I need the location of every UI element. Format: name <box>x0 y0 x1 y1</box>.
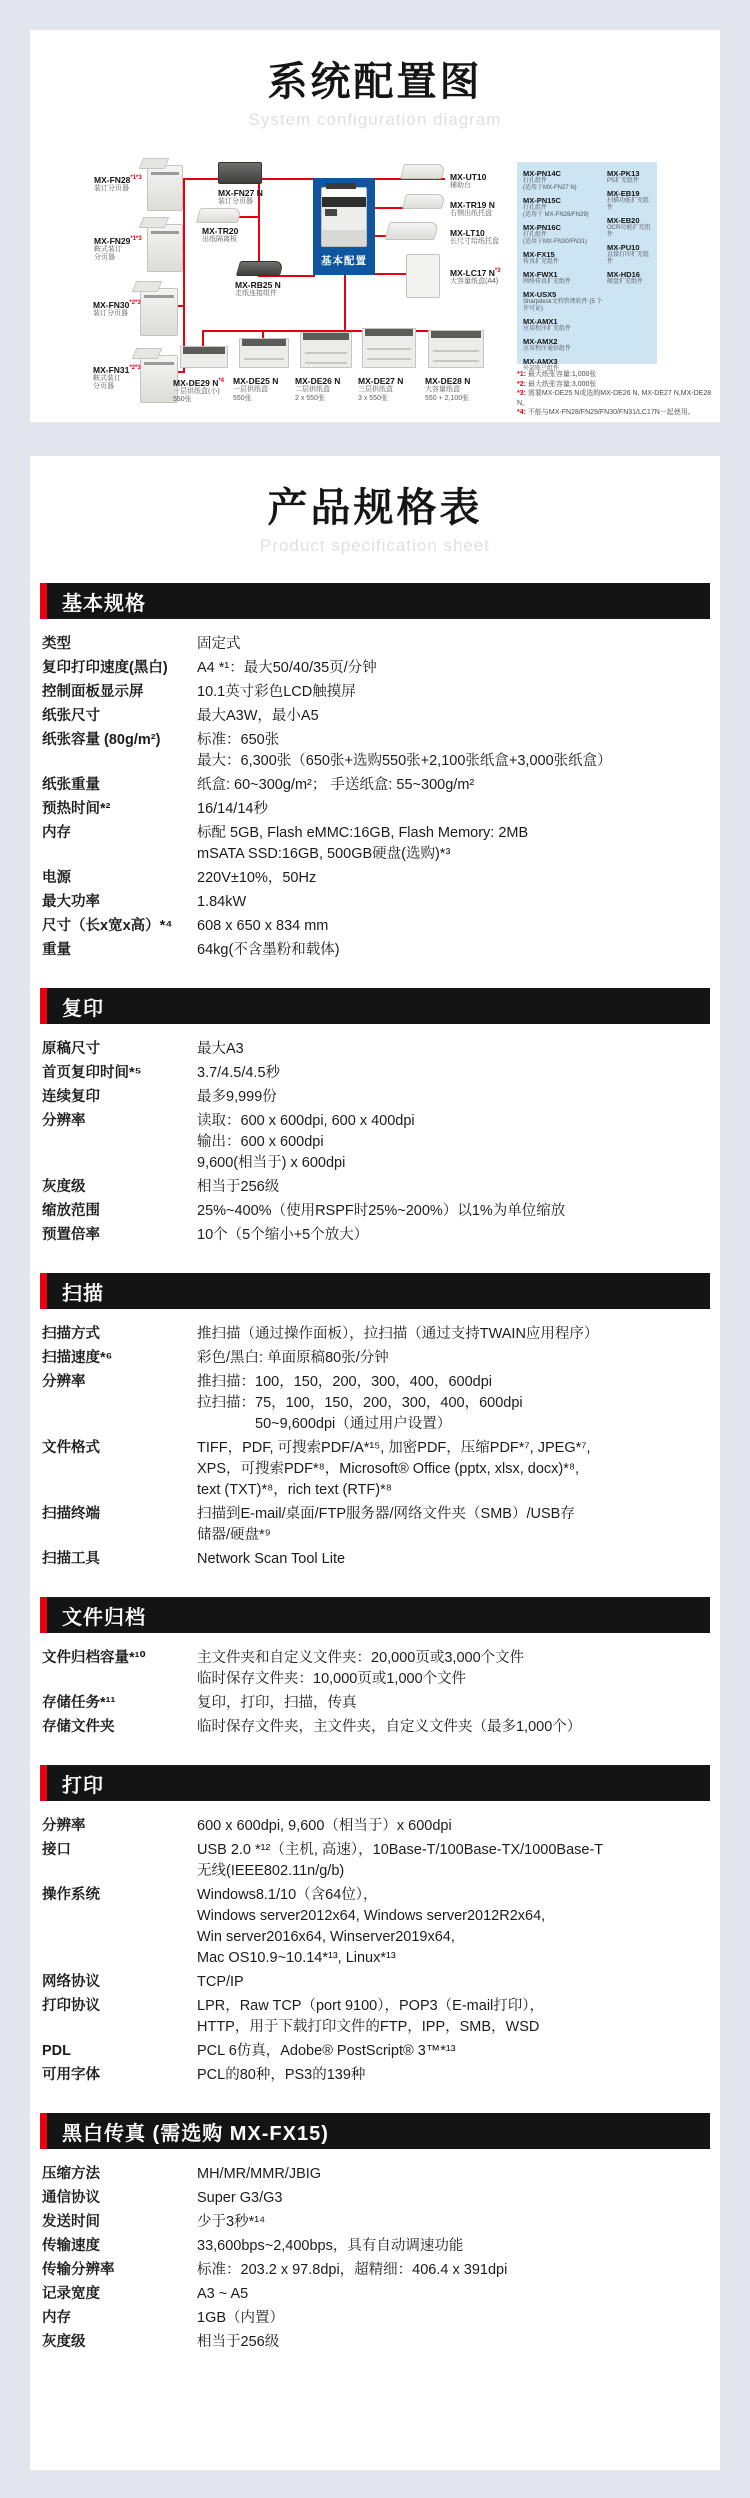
spec-value-line: 最大：6,300张（650张+选购550张+2,100张纸盒+3,000张纸盒） <box>197 751 708 772</box>
spec-value-line: USB 2.0 *¹²（主机, 高速），10Base-T/100Base-TX/… <box>197 1840 708 1861</box>
spec-row: 传输分辨率标准：203.2 x 97.8dpi，超精细：406.4 x 391d… <box>42 2260 708 2281</box>
spec-label: 首页复印时间*⁵ <box>42 1063 197 1084</box>
device-model: MX-TR20 <box>202 226 280 236</box>
footnote-text: 最大纸张容量:1,000张 <box>528 371 596 378</box>
option-model: MX-PU10 <box>607 243 651 252</box>
device-node-tr20: MX-TR20出纸隔离板 <box>202 226 280 245</box>
spec-row: 存储文件夹临时保存文件夹，主文件夹，自定义文件夹（最多1,000个） <box>42 1717 708 1738</box>
spec-row: 文件归档容量*¹⁰主文件夹和自定义文件夹：20,000页或3,000个文件临时保… <box>42 1648 708 1690</box>
spec-value-line: Windows8.1/10（含64位）， <box>197 1885 708 1906</box>
spec-label: 预热时间*² <box>42 799 197 820</box>
spec-value-line: 读取：600 x 600dpi, 600 x 400dpi <box>197 1111 708 1132</box>
spec-value-line: 无线(IEEE802.11n/g/b) <box>197 1861 708 1882</box>
spec-value-line: PCL 6仿真，Adobe® PostScript® 3™*¹³ <box>197 2041 708 2062</box>
connector-line <box>238 216 260 218</box>
device-description: 出纸隔离板 <box>202 236 280 245</box>
option-item: MX-AMX1应用程序扩充组件 <box>523 317 607 333</box>
device-footnote-marker: *1*3 <box>130 175 141 181</box>
device-node-fn29: MX-FN29*1*3鞍式装订分页器 <box>94 234 172 263</box>
spec-value-line: Win server2016x64, Winserver2019x64, <box>197 1927 708 1948</box>
option-model: MX-AMX3 <box>523 357 607 366</box>
spec-label: 记录宽度 <box>42 2284 197 2305</box>
spec-value-line: A4 *¹：最大50/40/35页/分钟 <box>197 658 708 679</box>
device-footnote-marker: *4 <box>218 378 224 384</box>
spec-row: 灰度级相当于256级 <box>42 2332 708 2353</box>
spec-value-line: 标配 5GB, Flash eMMC:16GB, Flash Memory: 2… <box>197 823 708 844</box>
device-description: 分页器 <box>93 383 171 392</box>
spec-row: 压缩方法MH/MR/MMR/JBIG <box>42 2164 708 2185</box>
section-header-5: 黑白传真 (需选购 MX-FX15) <box>40 2113 710 2149</box>
section-rows: 原稿尺寸最大A3首页复印时间*⁵3.7/4.5/4.5秒连续复印最多9,999份… <box>42 1039 708 1246</box>
spec-row: 可用字体PCL的80种，PS3的139种 <box>42 2065 708 2086</box>
spec-value: 600 x 600dpi, 9,600（相当于）x 600dpi <box>197 1816 708 1837</box>
device-footnote-marker: *1*3 <box>130 236 141 242</box>
spec-value-line: 标准：203.2 x 97.8dpi，超精细：406.4 x 391dpi <box>197 2260 708 2281</box>
device-image-tr20 <box>196 208 242 223</box>
spec-row: 文件格式TIFF，PDF, 可搜索PDF/A*¹⁵, 加密PDF，压缩PDF*⁷… <box>42 1438 708 1501</box>
spec-value: 推扫描（通过操作面板），拉扫描（通过支持TWAIN应用程序） <box>197 1324 708 1345</box>
spec-row: 操作系统Windows8.1/10（含64位），Windows server20… <box>42 1885 708 1969</box>
spec-label: 压缩方法 <box>42 2164 197 2185</box>
spec-value-line: 输出：600 x 600dpi <box>197 1132 708 1153</box>
option-model: MX-HD16 <box>607 270 651 279</box>
spec-label: 尺寸（长x宽x高）*⁴ <box>42 916 197 937</box>
spec-value: Network Scan Tool Lite <box>197 1549 708 1570</box>
spec-value: 3.7/4.5/4.5秒 <box>197 1063 708 1084</box>
spec-row: 预热时间*²16/14/14秒 <box>42 799 708 820</box>
spec-label: 纸张重量 <box>42 775 197 796</box>
spec-label: 内存 <box>42 2308 197 2329</box>
option-model: MX-USX5 <box>523 290 607 299</box>
option-description: 打孔组件 <box>523 232 607 239</box>
spec-value: USB 2.0 *¹²（主机, 高速），10Base-T/100Base-TX/… <box>197 1840 708 1882</box>
spec-label: 接口 <box>42 1840 197 1882</box>
device-node-fn30: MX-FN30*2*3装订分页器 <box>93 298 171 318</box>
device-description: 分页器 <box>94 254 172 263</box>
spec-label: 传输分辨率 <box>42 2260 197 2281</box>
spec-value: 标准：650张最大：6,300张（650张+选购550张+2,100张纸盒+3,… <box>197 730 708 772</box>
spec-value: 彩色/黑白: 单面原稿80张/分钟 <box>197 1348 708 1369</box>
spec-row: PDLPCL 6仿真，Adobe® PostScript® 3™*¹³ <box>42 2041 708 2062</box>
diagram-footnote: *2: 最大纸张容量:3,000张 <box>517 380 717 390</box>
spec-value: 10.1英寸彩色LCD触摸屏 <box>197 682 708 703</box>
spec-value-line: 最大A3 <box>197 1039 708 1060</box>
spec-row: 控制面板显示屏10.1英寸彩色LCD触摸屏 <box>42 682 708 703</box>
spec-value: 临时保存文件夹，主文件夹，自定义文件夹（最多1,000个） <box>197 1717 708 1738</box>
spec-value: 纸盒: 60~300g/m²； 手送纸盒: 55~300g/m² <box>197 775 708 796</box>
device-image-lc17 <box>406 254 440 298</box>
spec-row: 打印协议LPR，Raw TCP（port 9100），POP3（E-mail打印… <box>42 1996 708 2038</box>
option-description: PS扩充组件 <box>607 178 651 185</box>
spec-value: MH/MR/MMR/JBIG <box>197 2164 708 2185</box>
device-description: 装订分页器 <box>94 185 172 194</box>
device-image-de27 <box>362 328 416 368</box>
option-item: MX-USX5Sharpdesk文档管理软件 (5 个许可证) <box>523 290 607 313</box>
spec-value-line: 扫描到E-mail/桌面/FTP服务器/网络文件夹（SMB）/USB存 <box>197 1504 708 1525</box>
device-image-de28 <box>428 330 484 368</box>
option-description: 打孔组件 <box>523 205 607 212</box>
spec-row: 纸张尺寸最大A3W，最小A5 <box>42 706 708 727</box>
spec-row: 纸张重量纸盒: 60~300g/m²； 手送纸盒: 55~300g/m² <box>42 775 708 796</box>
section-title: 文件归档 <box>62 1601 146 1630</box>
spec-row: 传输速度33,600bps~2,400bps，具有自动调速功能 <box>42 2236 708 2257</box>
spec-value: 最大A3W，最小A5 <box>197 706 708 727</box>
spec-row: 扫描速度*⁶彩色/黑白: 单面原稿80张/分钟 <box>42 1348 708 1369</box>
spec-value-line: 临时保存文件夹，主文件夹，自定义文件夹（最多1,000个） <box>197 1717 708 1738</box>
device-description: 装订分页器 <box>93 310 171 319</box>
section-title: 扫描 <box>62 1277 104 1306</box>
footnote-text: 最大纸张容量:3,000张 <box>528 381 596 388</box>
section-title: 打印 <box>62 1769 104 1798</box>
spec-value-line: 1GB（内置） <box>197 2308 708 2329</box>
footnote-text: 需要MX-DE25 N或选购MX-DE26 N, MX-DE27 N,MX-DE… <box>517 390 711 407</box>
spec-value: A3 ~ A5 <box>197 2284 708 2305</box>
spec-value-line: 最多9,999份 <box>197 1087 708 1108</box>
option-model: MX-EB19 <box>607 189 651 198</box>
option-model: MX-AMX1 <box>523 317 607 326</box>
device-model: MX-RB25 N <box>235 280 313 290</box>
spec-value-line: text (TXT)*⁸，rich text (RTF)*⁸ <box>197 1480 708 1501</box>
spec-value: Windows8.1/10（含64位），Windows server2012x6… <box>197 1885 708 1969</box>
spec-row: 接口USB 2.0 *¹²（主机, 高速），10Base-T/100Base-T… <box>42 1840 708 1882</box>
section-title: 黑白传真 (需选购 MX-FX15) <box>62 2117 329 2146</box>
option-model: MX-PN14C <box>523 169 607 178</box>
spec-value: 主文件夹和自定义文件夹：20,000页或3,000个文件临时保存文件夹：10,0… <box>197 1648 708 1690</box>
spec-label: 电源 <box>42 868 197 889</box>
options-panel: MX-PN14C打孔组件(适用于MX-FN27 N)MX-PN15C打孔组件(适… <box>517 162 657 364</box>
spec-row: 连续复印最多9,999份 <box>42 1087 708 1108</box>
device-node-fn31: MX-FN31*2*3鞍式装订分页器 <box>93 363 171 392</box>
spec-row: 重量64kg(不含墨粉和载体) <box>42 940 708 961</box>
spec-value-line: PCL的80种，PS3的139种 <box>197 2065 708 2086</box>
option-item: MX-FX15传真扩充组件 <box>523 250 607 266</box>
option-description: 硬盘扩充组件 <box>607 279 651 286</box>
section-header-1: 复印 <box>40 988 710 1024</box>
device-description: 装订分页器 <box>218 198 296 207</box>
spec-value: LPR，Raw TCP（port 9100），POP3（E-mail打印），HT… <box>197 1996 708 2038</box>
spec-value: Super G3/G3 <box>197 2188 708 2209</box>
spec-value: 25%~400%（使用RSPF时25%~200%）以1%为单位缩放 <box>197 1201 708 1222</box>
spec-value: 相当于256级 <box>197 1177 708 1198</box>
spec-value-line: 608 x 650 x 834 mm <box>197 916 708 937</box>
spec-label: 控制面板显示屏 <box>42 682 197 703</box>
spec-value: 固定式 <box>197 634 708 655</box>
spec-row: 最大功率1.84kW <box>42 892 708 913</box>
footnote-marker: *2: <box>517 381 528 388</box>
spec-value-line: 少于3秒*¹⁴ <box>197 2212 708 2233</box>
spec-value: 608 x 650 x 834 mm <box>197 916 708 937</box>
spec-row: 预置倍率10个（5个缩小+5个放大） <box>42 1225 708 1246</box>
spec-value: 推扫描：100，150，200，300，400，600dpi拉扫描：75，100… <box>197 1372 708 1435</box>
spec-row: 缩放范围25%~400%（使用RSPF时25%~200%）以1%为单位缩放 <box>42 1201 708 1222</box>
spec-row: 内存标配 5GB, Flash eMMC:16GB, Flash Memory:… <box>42 823 708 865</box>
spec-value-line: 相当于256级 <box>197 1177 708 1198</box>
connector-line <box>183 178 185 373</box>
spec-row: 类型固定式 <box>42 634 708 655</box>
spec-value-line: HTTP，用于下载打印文件的FTP，IPP，SMB，WSD <box>197 2017 708 2038</box>
spec-label: 重量 <box>42 940 197 961</box>
spec-value: 64kg(不含墨粉和载体) <box>197 940 708 961</box>
spec-row: 扫描工具Network Scan Tool Lite <box>42 1549 708 1570</box>
option-model: MX-FX15 <box>523 250 607 259</box>
spec-label: 最大功率 <box>42 892 197 913</box>
spec-label: 扫描速度*⁶ <box>42 1348 197 1369</box>
option-item: MX-AMX2应用程序通信组件 <box>523 337 607 353</box>
spec-value: 1.84kW <box>197 892 708 913</box>
spec-value-line: 最大A3W，最小A5 <box>197 706 708 727</box>
spec-label: 灰度级 <box>42 1177 197 1198</box>
section-header-2: 扫描 <box>40 1273 710 1309</box>
option-model: MX-PN16C <box>523 223 607 232</box>
option-description: (适用于MX-FN27 N) <box>523 185 607 192</box>
spec-row: 电源220V±10%，50Hz <box>42 868 708 889</box>
spec-value-line: 推扫描：100，150，200，300，400，600dpi <box>197 1372 708 1393</box>
spec-value-line: 50~9,600dpi（通过用户设置） <box>197 1414 708 1435</box>
spec-value-line: 3.7/4.5/4.5秒 <box>197 1063 708 1084</box>
spec-row: 首页复印时间*⁵3.7/4.5/4.5秒 <box>42 1063 708 1084</box>
device-model: MX-FN29*1*3 <box>94 234 172 246</box>
option-model: MX-FWX1 <box>523 270 607 279</box>
option-item: MX-PU10直接打印扩充组件 <box>607 243 651 266</box>
spec-value-line: 临时保存文件夹：10,000页或1,000个文件 <box>197 1669 708 1690</box>
spec-label: 可用字体 <box>42 2065 197 2086</box>
spec-label: 预置倍率 <box>42 1225 197 1246</box>
option-description: 应用程序通信组件 <box>523 346 607 353</box>
spec-label: 纸张尺寸 <box>42 706 197 727</box>
spec-value-line: 600 x 600dpi, 9,600（相当于）x 600dpi <box>197 1816 708 1837</box>
device-image-tr19 <box>402 194 446 209</box>
diagram-footnotes: *1: 最大纸张容量:1,000张*2: 最大纸张容量:3,000张*3: 需要… <box>517 370 717 418</box>
section-title: 复印 <box>62 992 104 1021</box>
spec-value: 220V±10%，50Hz <box>197 868 708 889</box>
device-description: 走纸连接组件 <box>235 290 313 299</box>
spec-value: 最多9,999份 <box>197 1087 708 1108</box>
option-description: Sharpdesk文档管理软件 (5 个许可证) <box>523 299 607 313</box>
spec-value-line: 10.1英寸彩色LCD触摸屏 <box>197 682 708 703</box>
footnote-text: 不能与MX-FN28/FN29/FN30/FN31/LC17N一起使用。 <box>528 409 695 416</box>
spec-value-line: 复印，打印，扫描，传真 <box>197 1693 708 1714</box>
device-image-lt10 <box>384 222 439 240</box>
diagram-footnote: *3: 需要MX-DE25 N或选购MX-DE26 N, MX-DE27 N,M… <box>517 389 717 408</box>
spec-row: 分辨率推扫描：100，150，200，300，400，600dpi拉扫描：75，… <box>42 1372 708 1435</box>
option-item: MX-PK13PS扩充组件 <box>607 169 651 185</box>
spec-row: 扫描终端扫描到E-mail/桌面/FTP服务器/网络文件夹（SMB）/USB存储… <box>42 1504 708 1546</box>
spec-row: 灰度级相当于256级 <box>42 1177 708 1198</box>
spec-title: 产品规格表 <box>30 456 720 533</box>
option-model: MX-EB20 <box>607 216 651 225</box>
footnote-marker: *1: <box>517 371 528 378</box>
spec-value: 16/14/14秒 <box>197 799 708 820</box>
config-subtitle-en: System configuration diagram <box>30 110 720 130</box>
spec-value: 读取：600 x 600dpi, 600 x 400dpi输出：600 x 60… <box>197 1111 708 1174</box>
spec-value: A4 *¹：最大50/40/35页/分钟 <box>197 658 708 679</box>
spec-row: 通信协议Super G3/G3 <box>42 2188 708 2209</box>
diagram-footnote: *1: 最大纸张容量:1,000张 <box>517 370 717 380</box>
page: 系统配置图 System configuration diagram 基本配置M… <box>0 0 750 2498</box>
spec-label: 扫描方式 <box>42 1324 197 1345</box>
section-rows: 类型固定式复印打印速度(黑白)A4 *¹：最大50/40/35页/分钟控制面板显… <box>42 634 708 961</box>
spec-label: 缩放范围 <box>42 1201 197 1222</box>
spec-value-line: Super G3/G3 <box>197 2188 708 2209</box>
spec-value: 33,600bps~2,400bps，具有自动调速功能 <box>197 2236 708 2257</box>
spec-value-line: 纸盒: 60~300g/m²； 手送纸盒: 55~300g/m² <box>197 775 708 796</box>
option-description: OCR功能扩充组件 <box>607 225 651 239</box>
section-rows: 文件归档容量*¹⁰主文件夹和自定义文件夹：20,000页或3,000个文件临时保… <box>42 1648 708 1738</box>
device-model: MX-FN28*1*3 <box>94 173 172 185</box>
spec-value-line: 彩色/黑白: 单面原稿80张/分钟 <box>197 1348 708 1369</box>
spec-sections: 基本规格类型固定式复印打印速度(黑白)A4 *¹：最大50/40/35页/分钟控… <box>30 583 720 2353</box>
diagram-footnote: *4: 不能与MX-FN28/FN29/FN30/FN31/LC17N一起使用。 <box>517 408 717 418</box>
section-header-3: 文件归档 <box>40 1597 710 1633</box>
spec-label: 分辨率 <box>42 1372 197 1435</box>
base-configuration-box: 基本配置 <box>313 178 375 275</box>
connector-line <box>202 330 204 346</box>
spec-row: 纸张容量 (80g/m²)标准：650张最大：6,300张（650张+选购550… <box>42 730 708 772</box>
spec-label: 连续复印 <box>42 1087 197 1108</box>
spec-value-line: MH/MR/MMR/JBIG <box>197 2164 708 2185</box>
spec-value-line: 25%~400%（使用RSPF时25%~200%）以1%为单位缩放 <box>197 1201 708 1222</box>
spec-row: 发送时间少于3秒*¹⁴ <box>42 2212 708 2233</box>
spec-label: 存储任务*¹¹ <box>42 1693 197 1714</box>
spec-value-line: 储器/硬盘*⁹ <box>197 1525 708 1546</box>
spec-row: 网络协议TCP/IP <box>42 1972 708 1993</box>
device-node-rb25: MX-RB25 N走纸连接组件 <box>235 280 313 299</box>
spec-label: 文件格式 <box>42 1438 197 1501</box>
footnote-marker: *4: <box>517 409 528 416</box>
spec-value-line: XPS，可搜索PDF*⁸，Microsoft® Office (pptx, xl… <box>197 1459 708 1480</box>
spec-value-line: 固定式 <box>197 634 708 655</box>
device-footnote-marker: *2*3 <box>129 300 140 306</box>
spec-value: 少于3秒*¹⁴ <box>197 2212 708 2233</box>
spec-value-line: A3 ~ A5 <box>197 2284 708 2305</box>
spec-row: 扫描方式推扫描（通过操作面板），拉扫描（通过支持TWAIN应用程序） <box>42 1324 708 1345</box>
printer-illustration <box>321 187 367 247</box>
device-image-ut10 <box>400 164 446 179</box>
section-rows: 扫描方式推扫描（通过操作面板），拉扫描（通过支持TWAIN应用程序）扫描速度*⁶… <box>42 1324 708 1570</box>
device-model: MX-FN31*2*3 <box>93 363 171 375</box>
device-footnote-marker: *3 <box>495 268 501 274</box>
spec-value: 标准：203.2 x 97.8dpi，超精细：406.4 x 391dpi <box>197 2260 708 2281</box>
spec-value-line: mSATA SSD:16GB, 500GB硬盘(选购)*³ <box>197 844 708 865</box>
device-model: MX-DE28 N <box>425 376 503 386</box>
device-model: MX-FN27 N <box>218 188 296 198</box>
device-image-de26 <box>300 332 352 368</box>
spec-label: 网络协议 <box>42 1972 197 1993</box>
spec-value-line: TCP/IP <box>197 1972 708 1993</box>
option-description: 直接打印扩充组件 <box>607 252 651 266</box>
spec-value-line: 标准：650张 <box>197 730 708 751</box>
device-model: MX-FN30*2*3 <box>93 298 171 310</box>
option-model: MX-PK13 <box>607 169 651 178</box>
spec-value: PCL 6仿真，Adobe® PostScript® 3™*¹³ <box>197 2041 708 2062</box>
spec-label: 操作系统 <box>42 1885 197 1969</box>
device-image-de25 <box>239 338 289 368</box>
system-configuration-diagram: 基本配置MX-FN28*1*3装订分页器MX-FN27 N装订分页器MX-TR2… <box>30 148 720 422</box>
option-description: (适用于MX-FN30/FN31) <box>523 239 607 246</box>
option-description: 打孔组件 <box>523 178 607 185</box>
option-item: MX-PN16C打孔组件(适用于MX-FN30/FN31) <box>523 223 607 246</box>
spec-value-line: 64kg(不含墨粉和载体) <box>197 940 708 961</box>
spec-row: 分辨率600 x 600dpi, 9,600（相当于）x 600dpi <box>42 1816 708 1837</box>
system-config-card: 系统配置图 System configuration diagram 基本配置M… <box>30 30 720 422</box>
device-image-rb25 <box>236 261 284 276</box>
spec-subtitle-en: Product specification sheet <box>30 536 720 556</box>
spec-value: 相当于256级 <box>197 2332 708 2353</box>
base-configuration-label: 基本配置 <box>313 253 375 268</box>
section-title: 基本规格 <box>62 587 146 616</box>
section-rows: 压缩方法MH/MR/MMR/JBIG通信协议Super G3/G3发送时间少于3… <box>42 2164 708 2353</box>
spec-label: 灰度级 <box>42 2332 197 2353</box>
spec-value: 1GB（内置） <box>197 2308 708 2329</box>
spec-value-line: LPR，Raw TCP（port 9100），POP3（E-mail打印）， <box>197 1996 708 2017</box>
device-node-fn28: MX-FN28*1*3装订分页器 <box>94 173 172 193</box>
option-item: MX-FWX1网络传真扩充组件 <box>523 270 607 286</box>
device-description: 550 + 2,100张 <box>425 395 503 404</box>
spec-value: TCP/IP <box>197 1972 708 1993</box>
option-item: MX-HD16硬盘扩充组件 <box>607 270 651 286</box>
spec-row: 内存1GB（内置） <box>42 2308 708 2329</box>
device-footnote-marker: *2*3 <box>129 365 140 371</box>
spec-row: 分辨率读取：600 x 600dpi, 600 x 400dpi输出：600 x… <box>42 1111 708 1174</box>
spec-label: 文件归档容量*¹⁰ <box>42 1648 197 1690</box>
spec-value-line: 9,600(相当于) x 600dpi <box>197 1153 708 1174</box>
spec-value-line: 推扫描（通过操作面板），拉扫描（通过支持TWAIN应用程序） <box>197 1324 708 1345</box>
spec-label: 打印协议 <box>42 1996 197 2038</box>
config-title: 系统配置图 <box>30 30 720 107</box>
spec-value-line: 16/14/14秒 <box>197 799 708 820</box>
connector-line <box>344 275 346 332</box>
device-description: 大容量纸盒 <box>425 386 503 395</box>
spec-value-line: 拉扫描：75，100，150，200，300，400，600dpi <box>197 1393 708 1414</box>
spec-value-line: 220V±10%，50Hz <box>197 868 708 889</box>
option-description: (适用于 MX-FN28/FN29) <box>523 212 607 219</box>
spec-value-line: Mac OS10.9~10.14*¹³, Linux*¹³ <box>197 1948 708 1969</box>
spec-row: 原稿尺寸最大A3 <box>42 1039 708 1060</box>
spec-value-line: 10个（5个缩小+5个放大） <box>197 1225 708 1246</box>
device-node-de28: MX-DE28 N大容量纸盒550 + 2,100张 <box>425 376 503 403</box>
spec-row: 存储任务*¹¹复印，打印，扫描，传真 <box>42 1693 708 1714</box>
spec-label: 分辨率 <box>42 1111 197 1174</box>
section-header-0: 基本规格 <box>40 583 710 619</box>
spec-label: 复印打印速度(黑白) <box>42 658 197 679</box>
spec-row: 复印打印速度(黑白)A4 *¹：最大50/40/35页/分钟 <box>42 658 708 679</box>
option-model: MX-PN15C <box>523 196 607 205</box>
spec-label: 纸张容量 (80g/m²) <box>42 730 197 772</box>
options-column-left: MX-PN14C打孔组件(适用于MX-FN27 N)MX-PN15C打孔组件(适… <box>523 169 607 357</box>
spec-value-line: 主文件夹和自定义文件夹：20,000页或3,000个文件 <box>197 1648 708 1669</box>
spec-value-line: Network Scan Tool Lite <box>197 1549 708 1570</box>
product-spec-card: 产品规格表 Product specification sheet 基本规格类型… <box>30 456 720 2470</box>
spec-label: 类型 <box>42 634 197 655</box>
spec-value: 最大A3 <box>197 1039 708 1060</box>
spec-value-line: 1.84kW <box>197 892 708 913</box>
spec-value: 10个（5个缩小+5个放大） <box>197 1225 708 1246</box>
section-header-4: 打印 <box>40 1765 710 1801</box>
option-description: 传真扩充组件 <box>523 259 607 266</box>
spec-value-line: 33,600bps~2,400bps，具有自动调速功能 <box>197 2236 708 2257</box>
device-image-fn27 <box>218 162 262 184</box>
spec-label: 原稿尺寸 <box>42 1039 197 1060</box>
section-rows: 分辨率600 x 600dpi, 9,600（相当于）x 600dpi接口USB… <box>42 1816 708 2086</box>
option-item: MX-PN15C打孔组件(适用于 MX-FN28/FN29) <box>523 196 607 219</box>
footnote-marker: *3: <box>517 390 528 397</box>
spec-label: 通信协议 <box>42 2188 197 2209</box>
spec-label: 扫描终端 <box>42 1504 197 1546</box>
spec-value-line: 相当于256级 <box>197 2332 708 2353</box>
spec-row: 尺寸（长x宽x高）*⁴608 x 650 x 834 mm <box>42 916 708 937</box>
options-column-right: MX-PK13PS扩充组件MX-EB19扫描功能扩充组件MX-EB20OCR功能… <box>607 169 651 357</box>
spec-value-line: TIFF，PDF, 可搜索PDF/A*¹⁵, 加密PDF，压缩PDF*⁷, JP… <box>197 1438 708 1459</box>
